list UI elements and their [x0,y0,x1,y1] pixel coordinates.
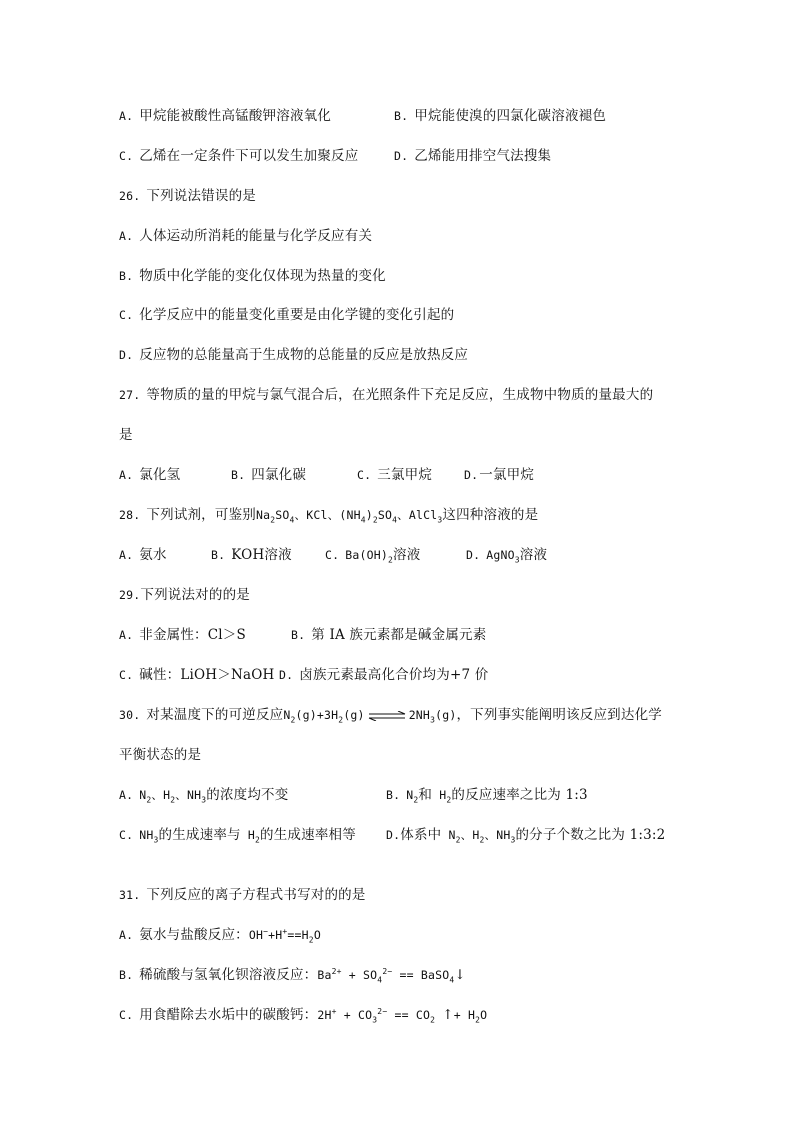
q26-option-b: B.物质中化学能的变化仅体现为热量的变化 [119,266,386,286]
precipitate-arrow-icon: ↓ [454,967,466,983]
q31-option-a: A.氨水与盐酸反应：OH−+H+==H2O [119,925,321,945]
q30-options-ab: A.N2、H2、NH3的浓度均不变 B.N2和 H2的反应速率之比为 1:3 [119,785,288,805]
q30-stem-cont: 平衡状态的是 [119,745,201,765]
q31-option-b: B.稀硫酸与氢氧化钡溶液反应：Ba2+ + SO42− == BaSO4↓ [119,965,466,985]
q27-stem: 27.等物质的量的甲烷与氯气混合后，在光照条件下充足反应，生成物中物质的量最大的 [119,385,653,405]
q30-stem: 30.对某温度下的可逆反应N2(g)+3H2(g)2NH3(g)，下列事实能阐明… [119,705,662,725]
q26-option-a: A.人体运动所消耗的能量与化学反应有关 [119,226,372,246]
q28-option-b: B.KOH溶液 [211,545,292,565]
q25-option-c: C.乙烯在一定条件下可以发生加聚反应 D.乙烯能用排空气法搜集 [119,146,358,166]
q25-option-b: B.甲烷能使溴的四氯化碳溶液褪色 [394,106,606,126]
q27-option-c: C.三氯甲烷 [357,465,432,485]
q30-options-cd: C.NH3的生成速率与 H2的生成速率相等 D.体系中 N2、H2、NH3的分子… [119,825,356,845]
q27-option-b: B.四氯化碳 [231,465,306,485]
q28-option-a: A.氨水 [119,547,167,563]
q30-option-b: B.N2和 H2的反应速率之比为 1:3 [386,785,588,805]
q31-option-c: C.用食醋除去水垢中的碳酸钙：2H+ + CO32− == CO2 ↑+ H2O [119,1005,487,1025]
q29-option-c: C.碱性：LiOH＞NaOH [119,667,274,683]
q30-option-d: D.体系中 N2、H2、NH3的分子个数之比为 1:3:2 [386,825,665,845]
q25-option-a: A.甲烷能被酸性高锰酸钾溶液氧化 B.甲烷能使溴的四氯化碳溶液褪色 [119,106,331,126]
q27-stem-cont: 是 [119,425,133,445]
q26-option-c: C.化学反应中的能量变化重要是由化学键的变化引起的 [119,305,454,325]
q29-option-a: A.非金属性：Cl＞S [119,627,246,643]
gas-arrow-icon: ↑ [442,1007,454,1023]
formula-list: Na2SO4、KCl、(NH4)2SO4、AlCl3 [256,508,442,522]
reversible-arrow-icon [368,711,406,721]
q28-option-d: D.AgNO3溶液 [466,545,547,565]
q30-option-a: A.N2、H2、NH3的浓度均不变 [119,787,288,803]
q27-option-d: D.一氯甲烷 [464,465,534,485]
q31-stem: 31.下列反应的离子方程式书写对的的是 [119,885,366,905]
q29-stem: 29.下列说法对的的是 [119,585,250,605]
q28-options: A.氨水 B.KOH溶液 C.Ba(OH)2溶液 D.AgNO3溶液 [119,545,167,565]
q29-option-b: B.第 IA 族元素都是碱金属元素 [291,625,486,645]
q27-option-a: A.氯化氢 [119,467,180,483]
q29-options-cd: C.碱性：LiOH＞NaOH D.卤族元素最高化合价均为+7 价 [119,665,274,685]
q28-option-c: C.Ba(OH)2溶液 [325,545,420,565]
q25-option-d: D.乙烯能用排空气法搜集 [394,146,551,166]
q26-option-d: D.反应物的总能量高于生成物的总能量的反应是放热反应 [119,345,468,365]
q28-stem: 28.下列试剂，可鉴别Na2SO4、KCl、(NH4)2SO4、AlCl3这四种… [119,505,538,525]
q29-option-d: D.卤族元素最高化合价均为+7 价 [279,665,488,685]
q29-options-ab: A.非金属性：Cl＞S B.第 IA 族元素都是碱金属元素 [119,625,246,645]
q27-options: A.氯化氢 B.四氯化碳 C.三氯甲烷 D.一氯甲烷 [119,465,180,485]
q30-option-c: C.NH3的生成速率与 H2的生成速率相等 [119,827,356,843]
q26-stem: 26.下列说法错误的是 [119,186,256,206]
